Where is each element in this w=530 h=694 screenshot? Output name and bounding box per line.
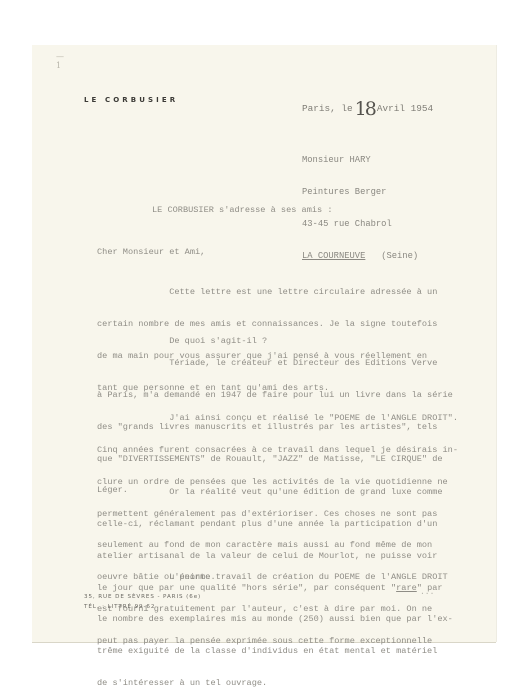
pencil-mark: — bbox=[56, 52, 64, 61]
recipient-street: 43-45 rue Chabrol bbox=[302, 219, 418, 230]
text-line: de s'intéresser à un tel ouvrage. bbox=[97, 678, 453, 689]
pencil-page-number: 1 bbox=[56, 61, 64, 70]
recipient-city-line: LA COURNEUVE (Seine) bbox=[302, 251, 418, 262]
date-line: Paris, le18Avril 1954 bbox=[302, 98, 433, 120]
pencil-annotation: — 1 bbox=[56, 52, 64, 70]
text-line: Or la réalité veut qu'une édition de gra… bbox=[97, 487, 453, 498]
intro-line: LE CORBUSIER s'adresse à ses amis : bbox=[152, 205, 333, 215]
recipient-city: LA COURNEUVE bbox=[302, 251, 365, 261]
text-line: peut pas payer la pensée exprimée sous c… bbox=[97, 636, 448, 647]
salutation: Cher Monsieur et Ami, bbox=[97, 247, 205, 257]
text-line: J'ai ainsi conçu et réalisé le "POEME de… bbox=[97, 413, 458, 424]
date-suffix: Avril 1954 bbox=[377, 103, 433, 114]
text-line: Cinq années furent consacrées à ce trava… bbox=[97, 445, 458, 456]
text-line: L'énorme travail de création du POEME de… bbox=[97, 572, 448, 583]
date-prefix: Paris, le bbox=[302, 103, 353, 114]
recipient-name: Monsieur HARY bbox=[302, 155, 418, 166]
text-line: celle-ci, réclamant pendant plus d'une a… bbox=[97, 519, 453, 530]
footer-phone: TÉL. : LITTRÉ 99-62 bbox=[84, 602, 201, 612]
recipient-address: Monsieur HARY Peintures Berger 43-45 rue… bbox=[302, 134, 418, 272]
letterhead: LE CORBUSIER bbox=[84, 96, 178, 104]
handwritten-day: 18 bbox=[355, 98, 375, 120]
text-line: Cette lettre est une lettre circulaire a… bbox=[97, 287, 437, 298]
letterhead-footer: 35, RUE DE SÈVRES - PARIS (6e) TÉL. : LI… bbox=[84, 592, 201, 612]
footer-address: 35, RUE DE SÈVRES - PARIS (6e) bbox=[84, 592, 201, 602]
recipient-region: (Seine) bbox=[365, 251, 418, 261]
text-line: Tériade, le créateur et Directeur des Ed… bbox=[97, 358, 453, 369]
recipient-company: Peintures Berger bbox=[302, 187, 418, 198]
continuation-mark: ... bbox=[420, 588, 434, 597]
